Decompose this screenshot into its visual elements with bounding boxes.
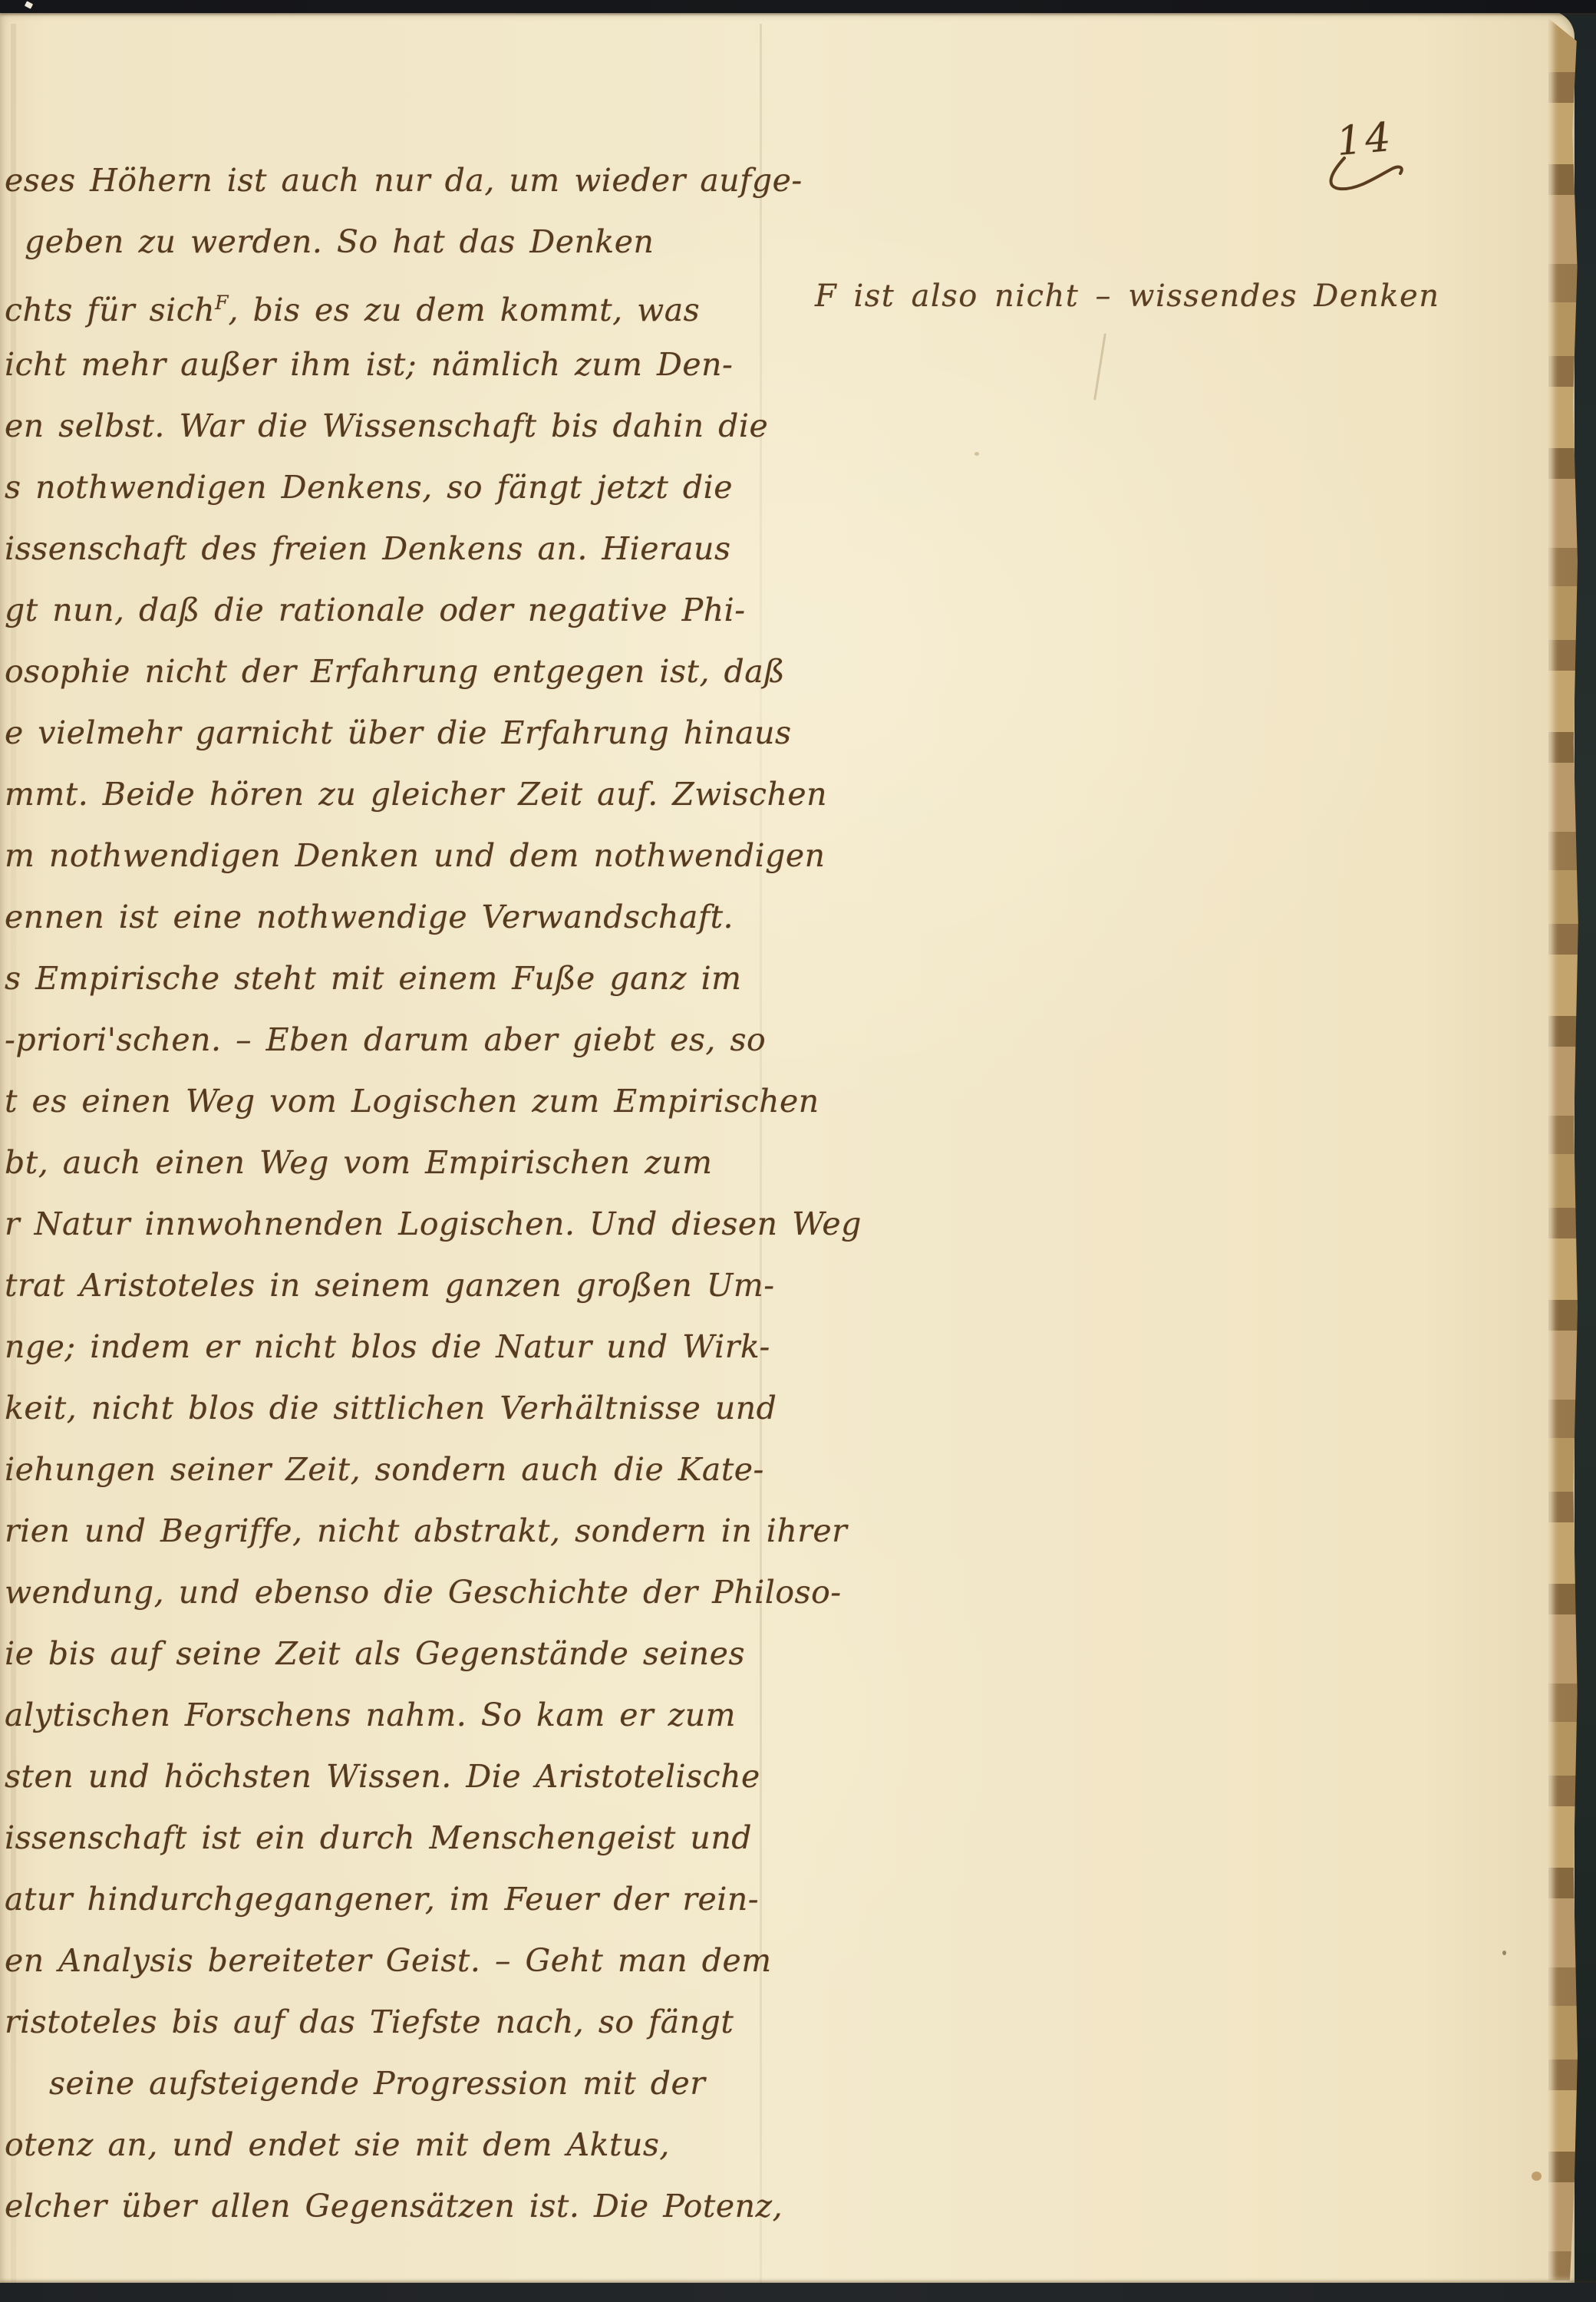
manuscript-line: elcher über allen Gegensätzen ist. Die P… xyxy=(5,2175,813,2237)
manuscript-line: mmt. Beide hören zu gleicher Zeit auf. Z… xyxy=(5,763,813,825)
manuscript-line: osophie nicht der Erfahrung entgegen ist… xyxy=(5,641,813,702)
manuscript-line: wendung, und ebenso die Geschichte der P… xyxy=(5,1562,813,1623)
manuscript-line: atur hindurchgegangener, im Feuer der re… xyxy=(5,1868,813,1930)
manuscript-line: en Analysis bereiteter Geist. – Geht man… xyxy=(5,1930,813,1991)
manuscript-line: keit, nicht blos die sittlichen Verhältn… xyxy=(5,1377,813,1439)
manuscript-leaf: 14 F ist also nicht – wissendes Denken e… xyxy=(0,11,1575,2291)
manuscript-line: issenschaft ist ein durch Menschengeist … xyxy=(5,1807,813,1868)
scan-edge-bottom xyxy=(0,2283,1596,2302)
manuscript-line: otenz an, und endet sie mit dem Aktus, xyxy=(5,2114,813,2175)
paper-scratch-mark xyxy=(1093,333,1106,400)
manuscript-line: ie bis auf seine Zeit als Gegenstände se… xyxy=(5,1623,813,1684)
manuscript-line: m nothwendigen Denken und dem nothwendig… xyxy=(5,825,813,886)
manuscript-line: alytischen Forschens nahm. So kam er zum xyxy=(5,1684,813,1746)
manuscript-line: ristoteles bis auf das Tiefste nach, so … xyxy=(5,1991,813,2053)
manuscript-line: nge; indem er nicht blos die Natur und W… xyxy=(5,1316,813,1377)
footnote-reference-mark: F xyxy=(215,292,228,314)
manuscript-line: e vielmehr garnicht über die Erfahrung h… xyxy=(5,702,813,763)
line-text: chts für sich xyxy=(5,292,215,328)
paper-stain-dot xyxy=(1532,2172,1542,2181)
manuscript-line: eses Höhern ist auch nur da, um wieder a… xyxy=(5,150,813,211)
manuscript-line: s Empirische steht mit einem Fuße ganz i… xyxy=(5,948,813,1009)
page-number-flourish xyxy=(1324,152,1416,198)
manuscript-line: iehungen seiner Zeit, sondern auch die K… xyxy=(5,1439,813,1500)
manuscript-line: en selbst. War die Wissenschaft bis dahi… xyxy=(5,395,813,457)
scan-edge-top xyxy=(0,0,1596,13)
manuscript-line: r Natur innwohnenden Logischen. Und dies… xyxy=(5,1193,813,1255)
manuscript-line: bt, auch einen Weg vom Empirischen zum xyxy=(5,1132,813,1193)
manuscript-line: geben zu werden. So hat das Denken xyxy=(5,211,813,272)
manuscript-line: issenschaft des freien Denkens an. Hiera… xyxy=(5,518,813,579)
manuscript-line: t es einen Weg vom Logischen zum Empiris… xyxy=(5,1070,813,1132)
manuscript-line: ennen ist eine nothwendige Verwandschaft… xyxy=(5,886,813,948)
manuscript-line: seine aufsteigende Progression mit der xyxy=(5,2053,813,2114)
manuscript-line: icht mehr außer ihm ist; nämlich zum Den… xyxy=(5,334,813,395)
manuscript-line: rien und Begriffe, nicht abstrakt, sonde… xyxy=(5,1500,813,1562)
manuscript-line: -priori'schen. – Eben darum aber giebt e… xyxy=(5,1009,813,1070)
manuscript-text-block: eses Höhern ist auch nur da, um wieder a… xyxy=(5,150,813,2237)
manuscript-line: trat Aristoteles in seinem ganzen großen… xyxy=(5,1255,813,1316)
manuscript-line: chts für sichF, bis es zu dem kommt, was xyxy=(5,272,813,334)
line-text: , bis es zu dem kommt, was xyxy=(229,292,701,328)
manuscript-line: s nothwendigen Denkens, so fängt jetzt d… xyxy=(5,457,813,518)
paper-speck xyxy=(1502,1951,1506,1955)
paper-fleck xyxy=(974,452,979,456)
scanned-manuscript-page: 14 F ist also nicht – wissendes Denken e… xyxy=(0,0,1596,2302)
page-number: 14 xyxy=(1337,117,1393,163)
manuscript-line: sten und höchsten Wissen. Die Aristoteli… xyxy=(5,1746,813,1807)
margin-note: F ist also nicht – wissendes Denken xyxy=(815,279,1439,314)
manuscript-line: gt nun, daß die rationale oder negative … xyxy=(5,579,813,641)
